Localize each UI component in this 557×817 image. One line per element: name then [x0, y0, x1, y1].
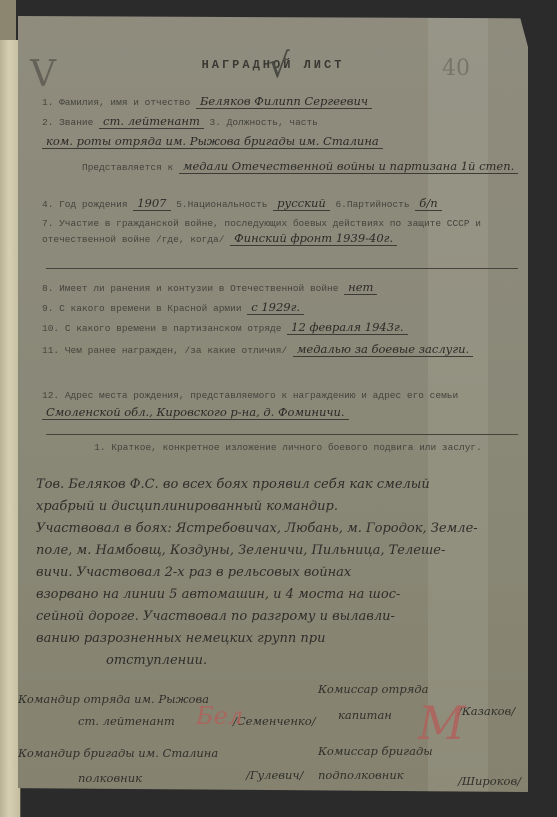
form-line: [46, 268, 518, 269]
red-pencil-resolution: М: [418, 696, 465, 750]
field-unit-value: ком. роты отряда им. Рыжова бригады им. …: [42, 134, 383, 149]
corner-pencil-number: 40: [442, 56, 470, 81]
archive-binding-strip: [0, 40, 21, 817]
unit-commissar-rank: капитан: [338, 708, 392, 722]
red-signature-mark: Бел: [196, 702, 243, 730]
field-award-value: медали Отечественной войны и партизана 1…: [179, 159, 518, 174]
brigade-commander-title: Командир бригады им. Сталина: [18, 746, 218, 760]
field-birth-nationality-party: 4. Год рождения 1907 5.Национальность ру…: [42, 196, 522, 212]
brigade-commissar-title: Комиссар бригады: [318, 744, 433, 758]
field-war-participation: 7. Участие в гражданской войне, последую…: [42, 216, 512, 250]
brigade-commander-rank: полковник: [78, 771, 142, 785]
narrative-text: Тов. Беляков Ф.С. во всех боях проявил с…: [36, 474, 516, 672]
section-heading: 1. Краткое, конкретное изложение личного…: [88, 441, 488, 454]
award-sheet: V НАГРАДНОЙ ЛИСТ √ 40 1. Фамилия, имя и …: [18, 16, 528, 792]
field-name-value: Беляков Филипп Сергеевич: [196, 94, 372, 109]
brigade-commissar-rank: подполковник: [318, 768, 404, 782]
field-name: 1. Фамилия, имя и отчество Беляков Филип…: [42, 94, 522, 110]
title-check-mark-icon: √: [268, 46, 290, 86]
unit-commander-name: /Семенченко/: [233, 714, 316, 728]
unit-commissar-title: Комиссар отряда: [318, 682, 428, 696]
field-presented-for: Представляется к медали Отечественной во…: [42, 159, 522, 175]
unit-commander-rank: ст. лейтенант: [78, 714, 175, 728]
form-line: [46, 434, 518, 435]
field-red-army-since: 9. С какого времени в Красной армии с 19…: [42, 300, 522, 316]
field-address: 12. Адрес места рождения, представляемог…: [42, 388, 512, 424]
unit-commander-title: Командир отряда им. Рыжова: [18, 692, 209, 706]
field-rank-value: ст. лейтенант: [99, 114, 204, 129]
field-unit: ком. роты отряда им. Рыжова бригады им. …: [42, 134, 522, 150]
field-wounds: 8. Имеет ли ранения и контузии в Отечест…: [42, 280, 522, 296]
field-partisan-since: 10. С какого времени в партизанском отря…: [42, 320, 522, 336]
field-rank-position: 2. Звание ст. лейтенант 3. Должность, ча…: [42, 114, 522, 130]
brigade-commissar-name: /Широков/: [458, 774, 521, 788]
brigade-commander-name: /Гулевич/: [246, 768, 303, 782]
field-previous-awards: 11. Чем ранее награжден, /за какие отлич…: [42, 340, 502, 376]
unit-commissar-name: /Казаков/: [458, 704, 515, 718]
